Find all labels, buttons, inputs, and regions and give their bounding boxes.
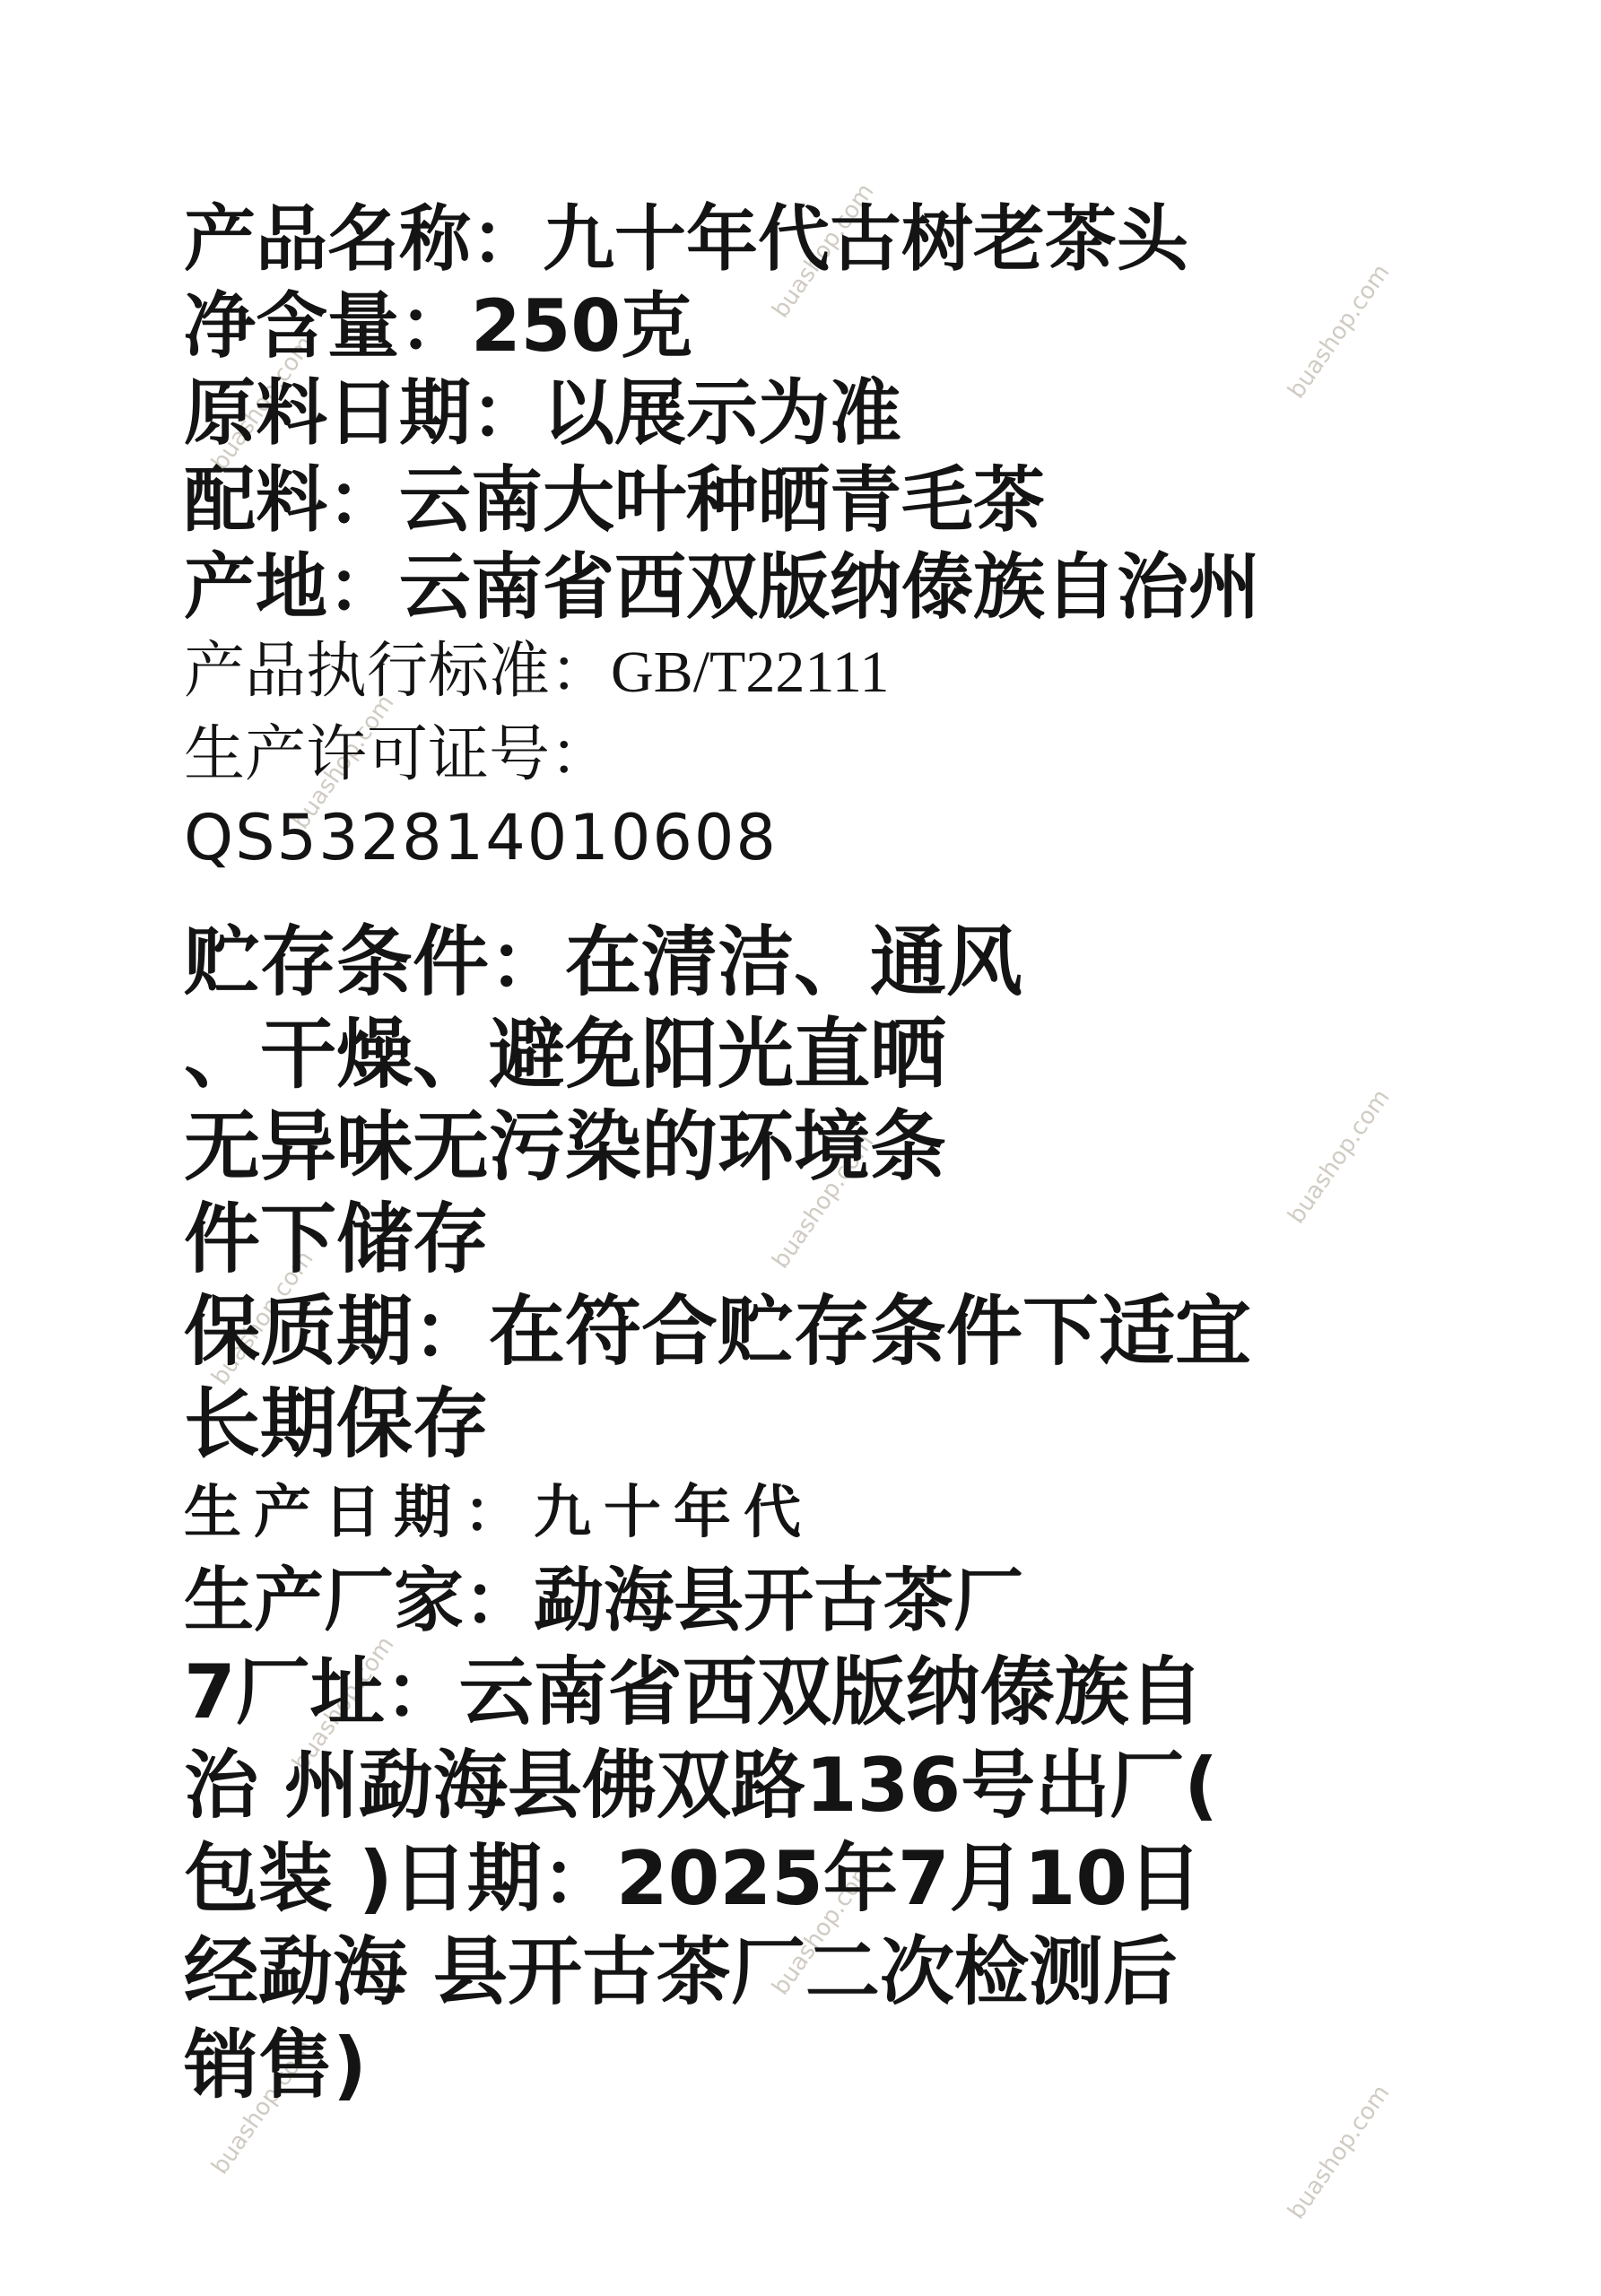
product-label-page: buashop.com buashop.com buashop.com buas… <box>0 0 1601 2296</box>
line-exec-standard: 产品执行标准：GB/T22111 <box>184 631 1529 714</box>
line-production-date: 生产日期：九十年代 <box>184 1471 1529 1556</box>
line-shelf-life-1: 保质期：在符合贮存条件下适宜 <box>184 1286 1529 1378</box>
line-raw-material-date: 原料日期：以展示为准 <box>184 370 1529 457</box>
line-storage-conditions-2: 、干燥、避免阳光直晒 <box>184 1009 1529 1101</box>
line-ingredients: 配料：云南大叶种晒青毛茶 <box>184 457 1529 544</box>
line-retest-note-2: 销售) <box>184 2019 1529 2112</box>
line-manufacturer: 生产厂家：勐海县开古茶厂 <box>184 1556 1529 1646</box>
line-net-weight: 净含量：250克 <box>184 283 1529 370</box>
exec-standard-value: GB/T22111 <box>611 639 889 705</box>
line-packing-date: 包装 )日期：2025年7月10日 <box>184 1832 1529 1926</box>
line-product-name: 产品名称：九十年代古树老茶头 <box>184 196 1529 283</box>
label-text-block: 产品名称：九十年代古树老茶头 净含量：250克 原料日期：以展示为准 配料：云南… <box>184 196 1529 2112</box>
line-storage-conditions-4: 件下储存 <box>184 1194 1529 1286</box>
line-license-label: 生产许可证号： <box>184 714 1529 796</box>
line-retest-note-1: 经勐海 县开古茶厂二次检测后 <box>184 1926 1529 2019</box>
line-origin: 产地：云南省西双版纳傣族自治州 <box>184 544 1529 631</box>
line-storage-conditions-1: 贮存条件：在清洁、通风 <box>184 917 1529 1009</box>
line-factory-address-2: 治 州勐海县佛双路136号出厂( <box>184 1739 1529 1832</box>
line-storage-conditions-3: 无异味无污染的环境条 <box>184 1101 1529 1194</box>
line-license-number: QS532814010608 <box>184 796 1529 879</box>
line-shelf-life-2: 长期保存 <box>184 1378 1529 1471</box>
exec-standard-label: 产品执行标准： <box>184 636 611 707</box>
line-factory-address-1: 7厂址：云南省西双版纳傣族自 <box>184 1646 1529 1739</box>
